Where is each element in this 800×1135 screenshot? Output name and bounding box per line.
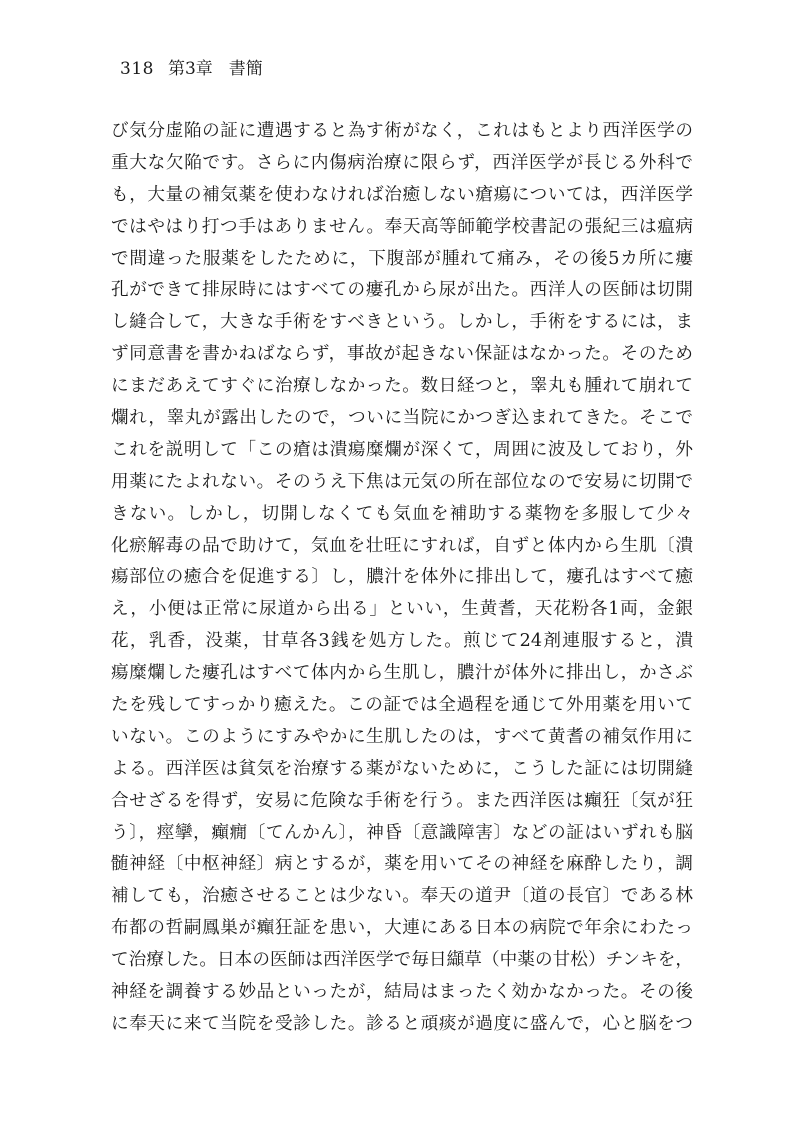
text-line: 瘍糜爛した瘻孔はすべて体内から生肌し，膿汁が体外に排出し，かさぶ	[111, 658, 693, 690]
book-page: 318第3章書簡 び気分虚陥の証に遭遇すると為す術がなく，これはもとより西洋医学…	[0, 0, 800, 1135]
body-text: び気分虚陥の証に遭遇すると為す術がなく，これはもとより西洋医学の 重大な欠陥です…	[111, 116, 693, 1041]
text-line: 花，乳香，没薬，甘草各3銭を処方した。煎じて24剤連服すると，潰	[111, 626, 693, 658]
page-header: 318第3章書簡	[120, 54, 263, 79]
text-line: て治療した。日本の医師は西洋医学で毎日纈草（中薬の甘松）チンキを，	[111, 945, 693, 977]
text-line: ではやはり打つ手はありません。奉天高等師範学校書記の張紀三は瘟病	[111, 212, 693, 244]
text-line: 補しても，治癒させることは少ない。奉天の道尹〔道の長官〕である林	[111, 881, 693, 913]
chapter-title: 書簡	[229, 59, 263, 79]
text-line: ず同意書を書かねばならず，事故が起きない保証はなかった。そのため	[111, 339, 693, 371]
page-number: 318	[120, 59, 154, 79]
text-line: 瘍部位の癒合を促進する〕し，膿汁を体外に排出して，瘻孔はすべて癒	[111, 562, 693, 594]
text-line: し縫合して，大きな手術をすべきという。しかし，手術をするには，ま	[111, 307, 693, 339]
text-line: 用薬にたよれない。そのうえ下焦は元気の所在部位なので安易に切開で	[111, 467, 693, 499]
text-line: う〕，痙攣，癲癇〔てんかん〕，神昏〔意識障害〕などの証はいずれも脳	[111, 818, 693, 850]
text-line: 爛れ，睾丸が露出したので，ついに当院にかつぎ込まれてきた。そこで	[111, 403, 693, 435]
text-line: これを説明して「この瘡は潰瘍糜爛が深くて，周囲に波及しており，外	[111, 435, 693, 467]
text-line: たを残してすっかり癒えた。この証では全過程を通じて外用薬を用いて	[111, 690, 693, 722]
text-line: いない。このようにすみやかに生肌したのは，すべて黄耆の補気作用に	[111, 722, 693, 754]
text-line: よる。西洋医は貧気を治療する薬がないために，こうした証には切開縫	[111, 754, 693, 786]
text-line: え，小便は正常に尿道から出る」といい，生黄耆，天花粉各1両，金銀	[111, 594, 693, 626]
text-line: 合せざるを得ず，安易に危険な手術を行う。また西洋医は癲狂〔気が狂	[111, 786, 693, 818]
text-line: きない。しかし，切開しなくても気血を補助する薬物を多服して少々	[111, 499, 693, 531]
chapter-label: 第3章	[168, 59, 213, 79]
text-line: にまだあえてすぐに治療しなかった。数日経つと，睾丸も腫れて崩れて	[111, 371, 693, 403]
text-line: に奉天に来て当院を受診した。診ると頑痰が過度に盛んで，心と脳をつ	[111, 1009, 693, 1041]
text-line: 重大な欠陥です。さらに内傷病治療に限らず，西洋医学が長じる外科で	[111, 148, 693, 180]
text-line: も，大量の補気薬を使わなければ治癒しない瘡瘍については，西洋医学	[111, 180, 693, 212]
text-line: び気分虚陥の証に遭遇すると為す術がなく，これはもとより西洋医学の	[111, 116, 693, 148]
text-line: 神経を調養する妙品といったが，結局はまったく効かなかった。その後	[111, 977, 693, 1009]
text-line: で間違った服薬をしたために，下腹部が腫れて痛み，その後5カ所に瘻	[111, 244, 693, 276]
text-line: 孔ができて排尿時にはすべての瘻孔から尿が出た。西洋人の医師は切開	[111, 275, 693, 307]
text-line: 化瘀解毒の品で助けて，気血を壮旺にすれば，自ずと体内から生肌〔潰	[111, 531, 693, 563]
text-line: 布都の哲嗣鳳巣が癲狂証を患い，大連にある日本の病院で年余にわたっ	[111, 913, 693, 945]
text-line: 髄神経〔中枢神経〕病とするが，薬を用いてその神経を麻酔したり，調	[111, 849, 693, 881]
